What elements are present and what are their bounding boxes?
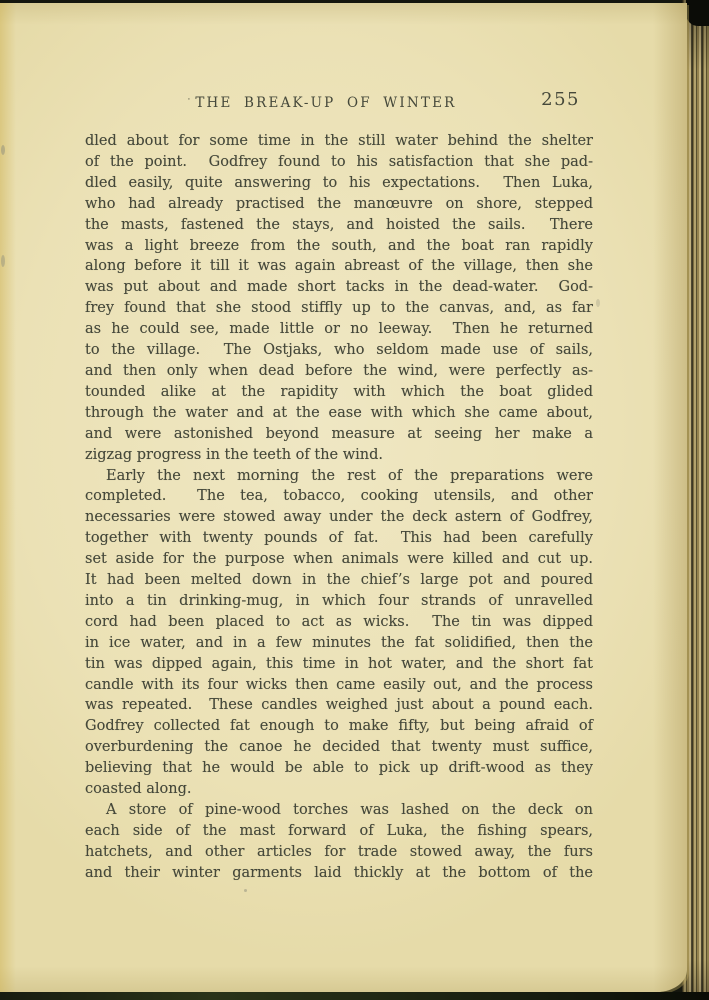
paper-page: ·THE BREAK-UP OF WINTER 255 dled about f… <box>0 3 687 992</box>
scan-speck <box>244 889 247 892</box>
page-number: 255 <box>541 89 580 110</box>
text-line: to the village. The Ostjaks, who seldom … <box>85 340 593 361</box>
text-line: tounded alike at the rapidity with which… <box>85 382 593 403</box>
text-line: and their winter garments laid thickly a… <box>85 863 593 884</box>
text-line: was a light breeze from the south, and t… <box>85 236 593 257</box>
header-title: ·THE BREAK-UP OF WINTER <box>85 95 559 111</box>
paragraph: dled about for some time in the still wa… <box>85 131 593 466</box>
text-line: in ice water, and in a few minutes the f… <box>85 633 593 654</box>
top-right-shadow <box>686 0 709 26</box>
text-line: as he could see, made little or no leewa… <box>85 319 593 340</box>
scan-speck <box>1 255 5 267</box>
text-line: was repeated. These candles weighed just… <box>85 695 593 716</box>
running-header: ·THE BREAK-UP OF WINTER 255 <box>85 93 593 115</box>
paragraph: Early the next morning the rest of the p… <box>85 466 593 801</box>
text-line: zigzag progress in the teeth of the wind… <box>85 445 593 466</box>
text-line: necessaries were stowed away under the d… <box>85 507 593 528</box>
scan-speck <box>596 299 600 307</box>
text-line: dled about for some time in the still wa… <box>85 131 593 152</box>
text-line: dled easily, quite answering to his expe… <box>85 173 593 194</box>
text-line: overburdening the canoe he decided that … <box>85 737 593 758</box>
text-line: coasted along. <box>85 779 593 800</box>
text-line: and then only when dead before the wind,… <box>85 361 593 382</box>
text-line: into a tin drinking-mug, in which four s… <box>85 591 593 612</box>
text-line: frey found that she stood stiffly up to … <box>85 298 593 319</box>
paragraph: A store of pine-wood torches was lashed … <box>85 800 593 884</box>
text-line: cord had been placed to act as wicks. Th… <box>85 612 593 633</box>
text-line: A store of pine-wood torches was lashed … <box>85 800 593 821</box>
header-title-text: THE BREAK-UP OF WINTER <box>195 95 456 111</box>
text-line: who had already practised the manœuvre o… <box>85 194 593 215</box>
text-line: the masts, fastened the stays, and hoist… <box>85 215 593 236</box>
header-ornament-mark: · <box>187 95 190 105</box>
text-line: through the water and at the ease with w… <box>85 403 593 424</box>
text-line: Early the next morning the rest of the p… <box>85 466 593 487</box>
text-line: candle with its four wicks then came eas… <box>85 675 593 696</box>
text-line: Godfrey collected fat enough to make fif… <box>85 716 593 737</box>
text-line: tin was dipped again, this time in hot w… <box>85 654 593 675</box>
text-line: believing that he would be able to pick … <box>85 758 593 779</box>
text-line: each side of the mast forward of Luka, t… <box>85 821 593 842</box>
text-line: along before it till it was again abreas… <box>85 256 593 277</box>
text-line: completed. The tea, tobacco, cooking ute… <box>85 486 593 507</box>
scan-speck <box>1 145 5 155</box>
text-line: set aside for the purpose when animals w… <box>85 549 593 570</box>
body-text: dled about for some time in the still wa… <box>85 131 593 884</box>
text-line: was put about and made short tacks in th… <box>85 277 593 298</box>
text-line: and were astonished beyond measure at se… <box>85 424 593 445</box>
text-line: It had been melted down in the chief’s l… <box>85 570 593 591</box>
bottom-scan-strip <box>0 992 709 1000</box>
text-line: of the point. Godfrey found to his satis… <box>85 152 593 173</box>
text-line: hatchets, and other articles for trade s… <box>85 842 593 863</box>
text-line: together with twenty pounds of fat. This… <box>85 528 593 549</box>
